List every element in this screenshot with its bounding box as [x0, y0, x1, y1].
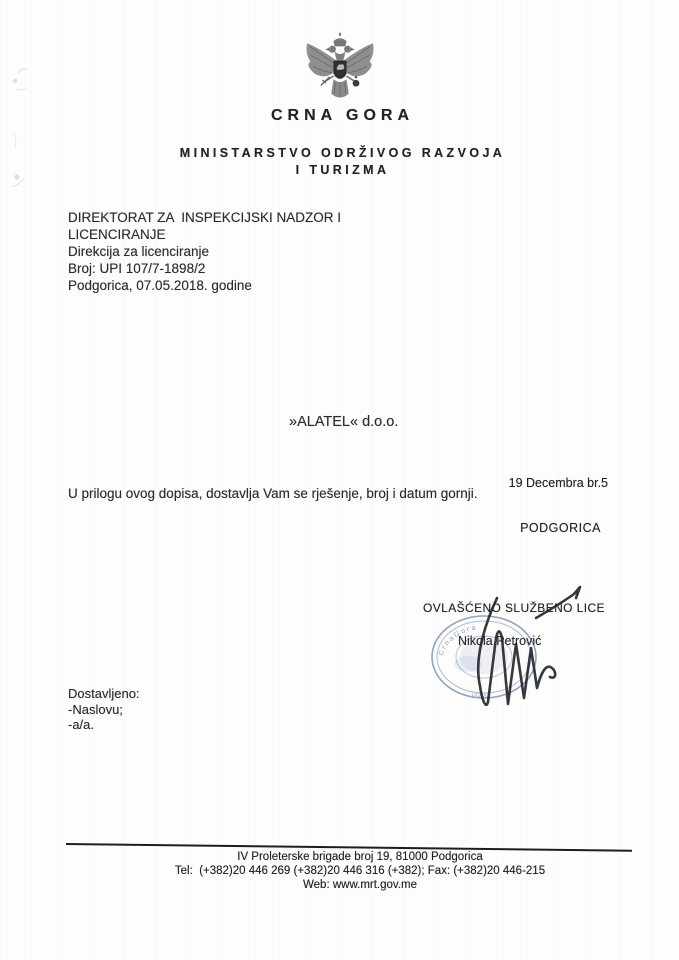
footer-address: IV Proleterske brigade broj 19, 81000 Po… [40, 851, 679, 863]
ministry-name-line1: MINISTARSTVO ODRŽIVOG RAZVOJA [0, 146, 679, 160]
sender-department: Direkcija za licenciranje [68, 243, 209, 260]
ministry-name-line2: I TURIZMA [0, 163, 679, 177]
recipient-city: PODGORICA [468, 521, 601, 536]
handwritten-signature [408, 576, 588, 746]
letter-body-paragraph: U prilogu ovog dopisa, dostavlja Vam se … [68, 486, 477, 501]
sender-place-date: Podgorica, 07.05.2018. godine [68, 277, 252, 294]
sender-directorate-line1: DIREKTORAT ZA INSPEKCIJSKI NADZOR I [68, 209, 341, 226]
recipient-name: »ALATEL« d.o.o. [289, 414, 398, 430]
country-title: CRNA GORA [0, 107, 679, 125]
distribution-item: -a/a. [68, 717, 94, 733]
distribution-item: -Naslovu; [68, 702, 123, 718]
footer-phone-fax: Tel: (+382)20 446 269 (+382)20 446 316 (… [40, 865, 679, 877]
montenegro-coat-of-arms [300, 31, 380, 105]
scanned-letter-page: CRNA GORA MINISTARSTVO ODRŽIVOG RAZVOJA … [0, 0, 679, 960]
footer-website: Web: www.mrt.gov.me [40, 879, 679, 891]
sender-directorate-line2: LICENCIRANJE [68, 226, 166, 243]
recipient-address: 19 Decembra br.5 PODGORICA [468, 446, 608, 566]
distribution-label: Dostavljeno: [68, 686, 140, 702]
scan-artifact-marks [4, 55, 74, 215]
sender-reference-number: Broj: UPI 107/7-1898/2 [68, 260, 205, 277]
recipient-street: 19 Decembra br.5 [468, 476, 608, 491]
